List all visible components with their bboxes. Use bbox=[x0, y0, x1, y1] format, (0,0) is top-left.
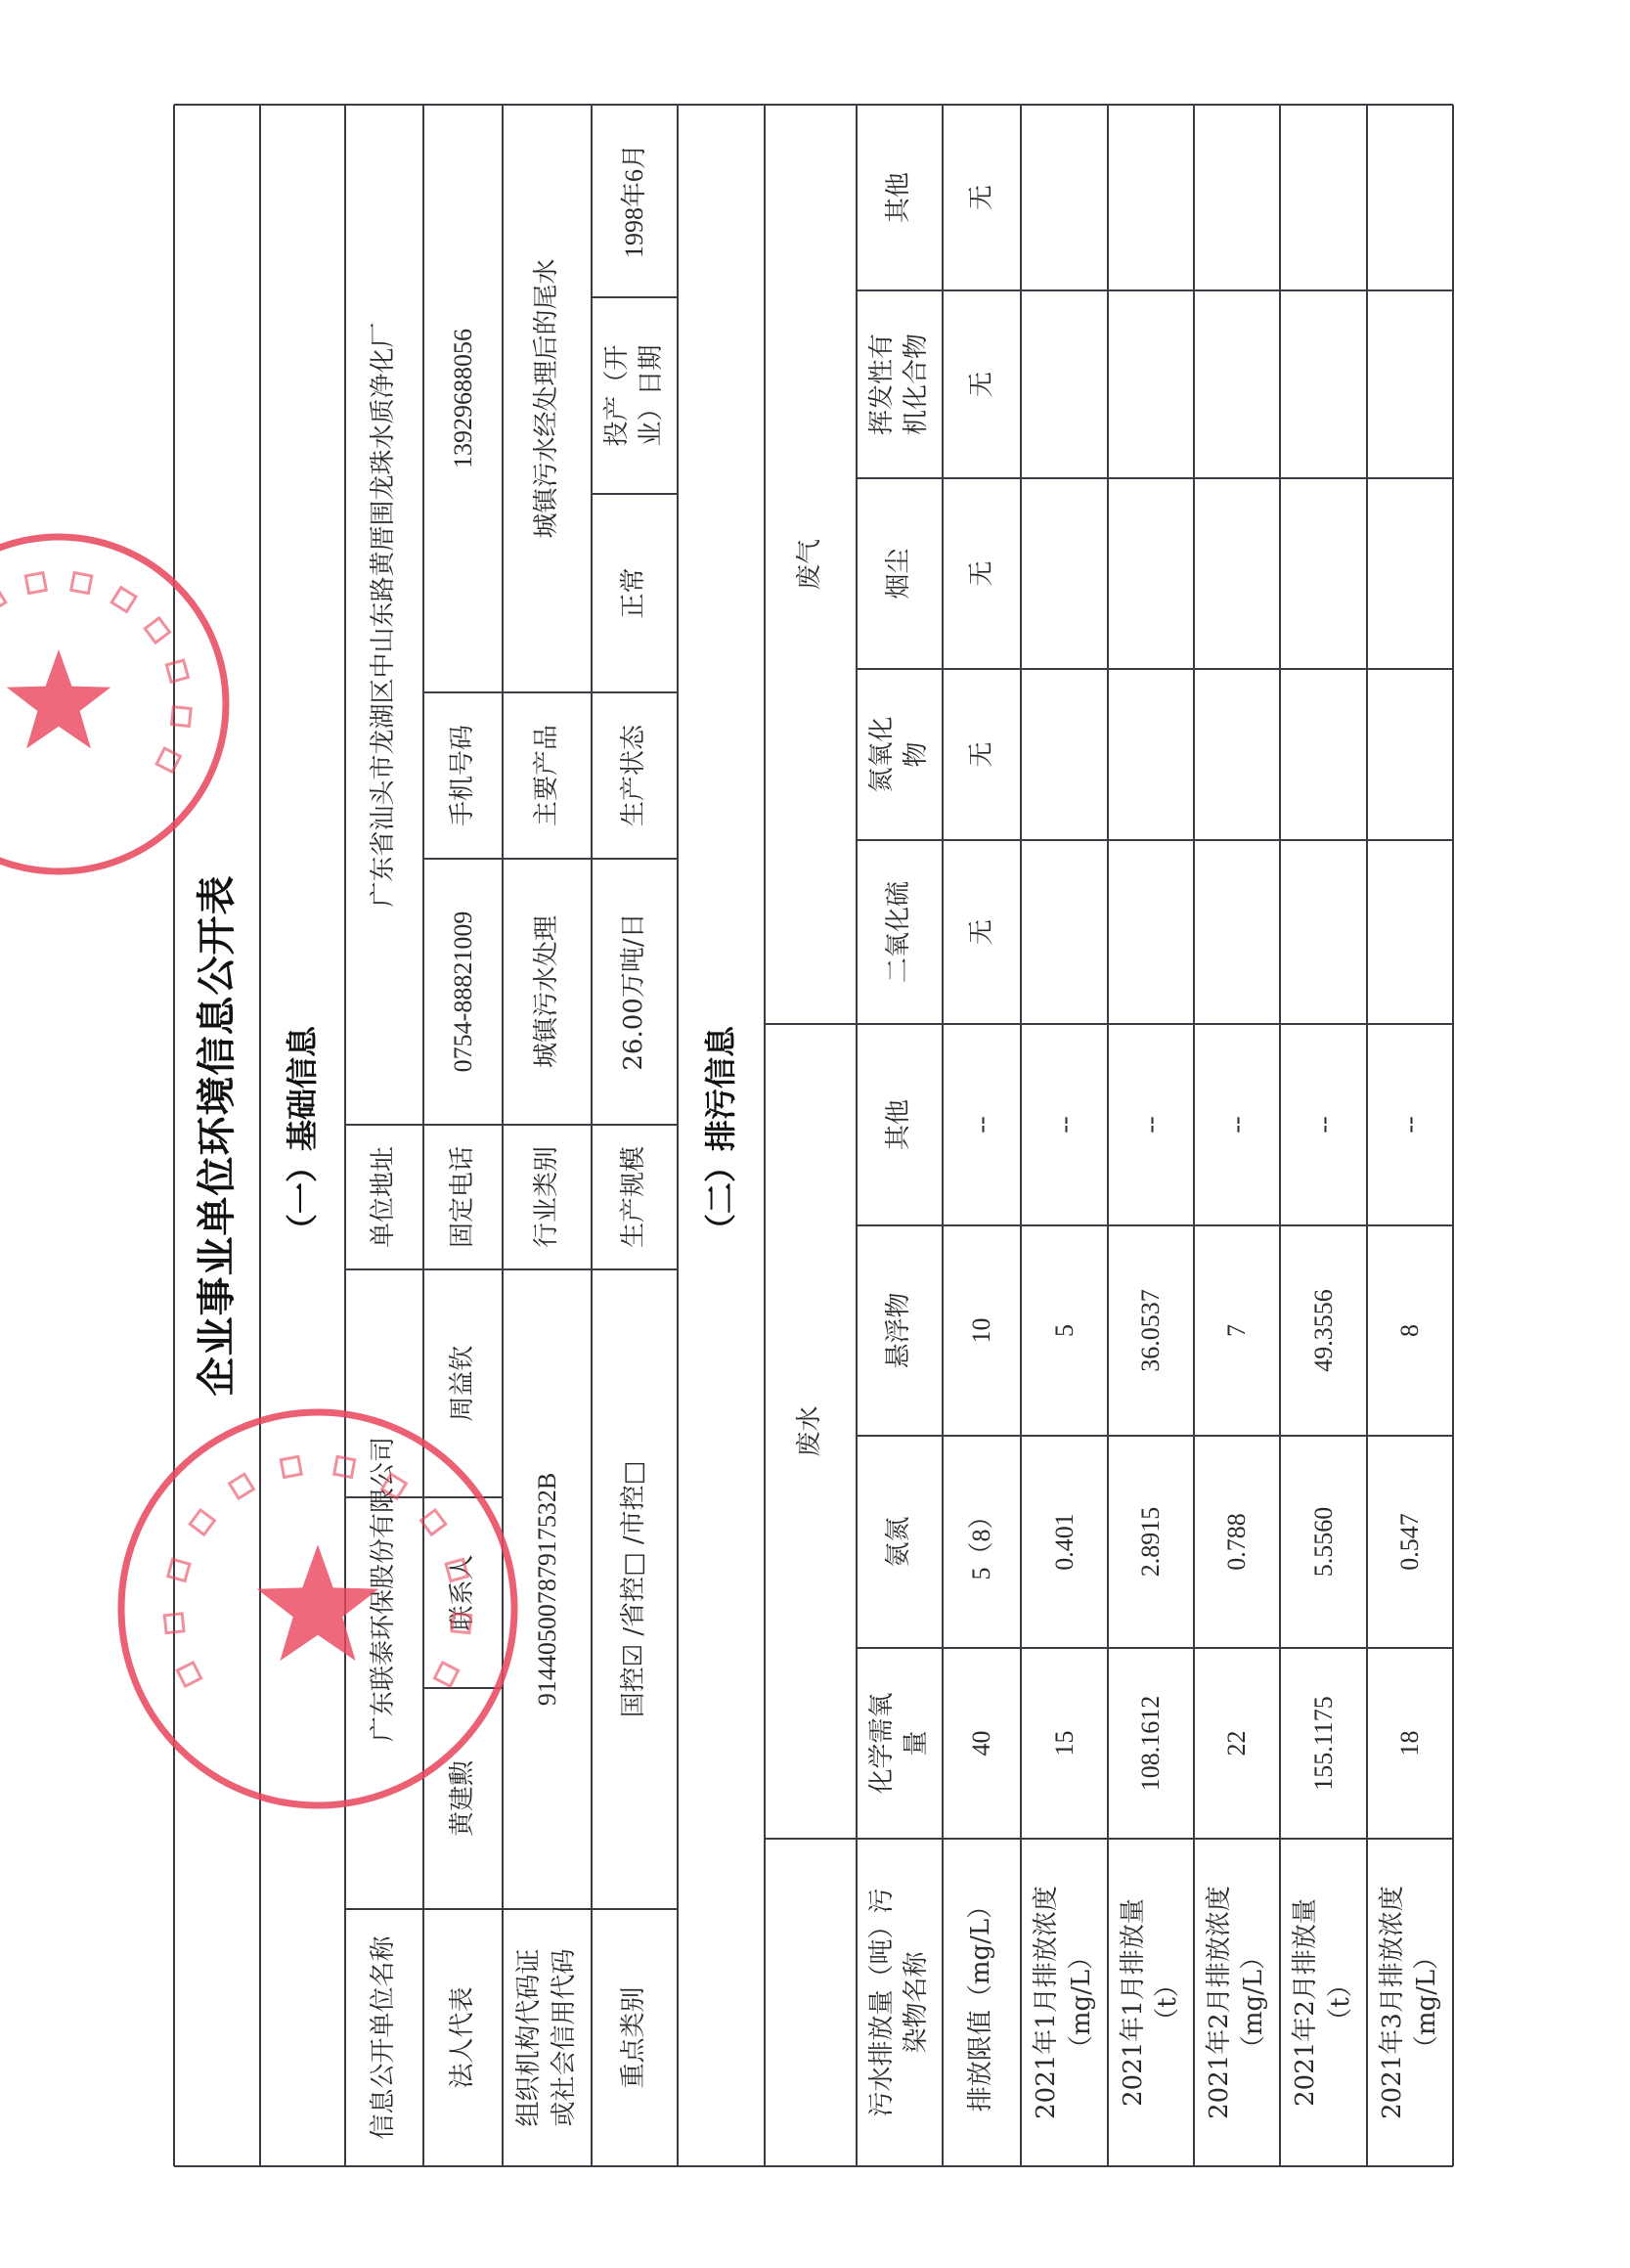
start-date: 1998年6月 bbox=[592, 105, 678, 297]
pollutant-header: 化学需氧量 bbox=[857, 1648, 943, 1839]
table-cell: 18 bbox=[1367, 1648, 1453, 1839]
row-label: 2021年2月排放量（t） bbox=[1280, 1839, 1367, 2166]
phone: 0754-88821009 bbox=[423, 859, 503, 1125]
contact: 周益钦 bbox=[423, 1269, 503, 1497]
table-cell: 5 bbox=[1021, 1225, 1108, 1436]
pollutant-header: 挥发性有机化合物 bbox=[857, 290, 943, 478]
key-category: 国控☑ /省控□ /市控□ bbox=[592, 1269, 678, 1909]
table-cell: 8 bbox=[1367, 1225, 1453, 1436]
table-cell bbox=[1108, 290, 1194, 478]
pollutant-header: 氨氮 bbox=[857, 1436, 943, 1648]
table-cell: 36.0537 bbox=[1108, 1225, 1194, 1436]
row-label: 2021年1月排放量（t） bbox=[1108, 1839, 1194, 2166]
table-cell bbox=[1021, 290, 1108, 478]
group-waste-gas: 废气 bbox=[765, 105, 857, 1024]
table-cell: 22 bbox=[1194, 1648, 1280, 1839]
section-basic-info-title: （一）基础信息 bbox=[260, 105, 345, 2166]
group-waste-water: 废水 bbox=[765, 1024, 857, 1839]
industry: 城镇污水处理 bbox=[503, 859, 592, 1125]
disclosure-form: 企业事业单位环境信息公开表（一）基础信息（二）排污信息信息公开单位名称广东联泰环… bbox=[174, 105, 1453, 2166]
table-cell bbox=[1194, 105, 1280, 290]
label-production-scale: 生产规模 bbox=[592, 1125, 678, 1269]
table-cell bbox=[1021, 105, 1108, 290]
label-industry: 行业类别 bbox=[503, 1125, 592, 1269]
table-cell: 无 bbox=[943, 669, 1021, 840]
table-cell bbox=[1367, 290, 1453, 478]
section-pollution-title: （二）排污信息 bbox=[678, 105, 765, 2166]
main-product: 城镇污水经处理后的尾水 bbox=[503, 105, 592, 692]
label-mobile: 手机号码 bbox=[423, 692, 503, 859]
table-cell bbox=[1021, 840, 1108, 1024]
table-cell: 5（8） bbox=[943, 1436, 1021, 1648]
table-cell bbox=[1108, 105, 1194, 290]
table-cell bbox=[1367, 669, 1453, 840]
pollutant-header: 其他 bbox=[857, 105, 943, 290]
table-cell bbox=[1280, 840, 1367, 1024]
row-label: 2021年2月排放浓度（mg/L） bbox=[1194, 1839, 1280, 2166]
table-cell: 15 bbox=[1021, 1648, 1108, 1839]
table-cell: -- bbox=[943, 1024, 1021, 1225]
table-cell: 无 bbox=[943, 290, 1021, 478]
table-cell: 7 bbox=[1194, 1225, 1280, 1436]
org-code: 91440500787917532B bbox=[503, 1269, 592, 1909]
table-cell bbox=[1194, 840, 1280, 1024]
label-legal-rep: 法人代表 bbox=[423, 1909, 503, 2166]
row-label: 排放限值（mg/L） bbox=[943, 1839, 1021, 2166]
label-production-status: 生产状态 bbox=[592, 692, 678, 859]
production-status: 正常 bbox=[592, 494, 678, 692]
pollutant-header: 氮氧化物 bbox=[857, 669, 943, 840]
row-label: 2021年1月排放浓度（mg/L） bbox=[1021, 1839, 1108, 2166]
label-address: 单位地址 bbox=[345, 1125, 423, 1269]
address: 广东省汕头市龙湖区中山东路黄厝围龙珠水质净化厂 bbox=[345, 105, 423, 1125]
label-company-name: 信息公开单位名称 bbox=[345, 1909, 423, 2166]
pollutant-header: 二氧化硫 bbox=[857, 840, 943, 1024]
table-cell: -- bbox=[1194, 1024, 1280, 1225]
table-cell: 108.1612 bbox=[1108, 1648, 1194, 1839]
table-cell bbox=[1194, 290, 1280, 478]
table-cell bbox=[1194, 478, 1280, 669]
label-main-product: 主要产品 bbox=[503, 692, 592, 859]
table-cell: 0.547 bbox=[1367, 1436, 1453, 1648]
company-name: 广东联泰环保股份有限公司 bbox=[345, 1269, 423, 1909]
label-org-code: 组织机构代码证或社会信用代码 bbox=[503, 1909, 592, 2166]
table-cell bbox=[1108, 669, 1194, 840]
production-scale: 26.00万吨/日 bbox=[592, 859, 678, 1125]
header-pollutant-name: 污水排放量（吨）污染物名称 bbox=[857, 1839, 943, 2166]
table-cell bbox=[1367, 478, 1453, 669]
table-cell: 40 bbox=[943, 1648, 1021, 1839]
mobile: 13929688056 bbox=[423, 105, 503, 692]
table-cell: -- bbox=[1367, 1024, 1453, 1225]
page-title: 企业事业单位环境信息公开表 bbox=[174, 105, 260, 2166]
table-cell bbox=[1108, 478, 1194, 669]
table-cell: 10 bbox=[943, 1225, 1021, 1436]
table-cell: 无 bbox=[943, 105, 1021, 290]
pollutant-header: 其他 bbox=[857, 1024, 943, 1225]
table-cell bbox=[1108, 840, 1194, 1024]
table-cell bbox=[1367, 105, 1453, 290]
table-cell: -- bbox=[1280, 1024, 1367, 1225]
table-cell bbox=[1280, 478, 1367, 669]
table-cell bbox=[1021, 478, 1108, 669]
table-cell: 0.788 bbox=[1194, 1436, 1280, 1648]
label-key-category: 重点类别 bbox=[592, 1909, 678, 2166]
pollutant-header: 烟尘 bbox=[857, 478, 943, 669]
table-cell: -- bbox=[1108, 1024, 1194, 1225]
table-cell: 155.1175 bbox=[1280, 1648, 1367, 1839]
label-contact: 联系人 bbox=[423, 1497, 503, 1688]
table-cell: 无 bbox=[943, 478, 1021, 669]
table-cell bbox=[1194, 669, 1280, 840]
table-cell: 0.401 bbox=[1021, 1436, 1108, 1648]
table-cell: 无 bbox=[943, 840, 1021, 1024]
table-cell: 5.5560 bbox=[1280, 1436, 1367, 1648]
legal-rep: 黄建勲 bbox=[423, 1688, 503, 1909]
table-cell bbox=[1021, 669, 1108, 840]
table-cell: 2.8915 bbox=[1108, 1436, 1194, 1648]
table-cell bbox=[1280, 105, 1367, 290]
table-cell bbox=[1280, 669, 1367, 840]
pollutant-header: 悬浮物 bbox=[857, 1225, 943, 1436]
table-cell bbox=[1367, 840, 1453, 1024]
table-cell bbox=[1280, 290, 1367, 478]
row-label: 2021年3月排放浓度（mg/L） bbox=[1367, 1839, 1453, 2166]
label-start-date: 投产（开业）日期 bbox=[592, 297, 678, 494]
table-cell: 49.3556 bbox=[1280, 1225, 1367, 1436]
label-phone: 固定电话 bbox=[423, 1125, 503, 1269]
table-cell: -- bbox=[1021, 1024, 1108, 1225]
table-rule bbox=[345, 1268, 423, 1270]
